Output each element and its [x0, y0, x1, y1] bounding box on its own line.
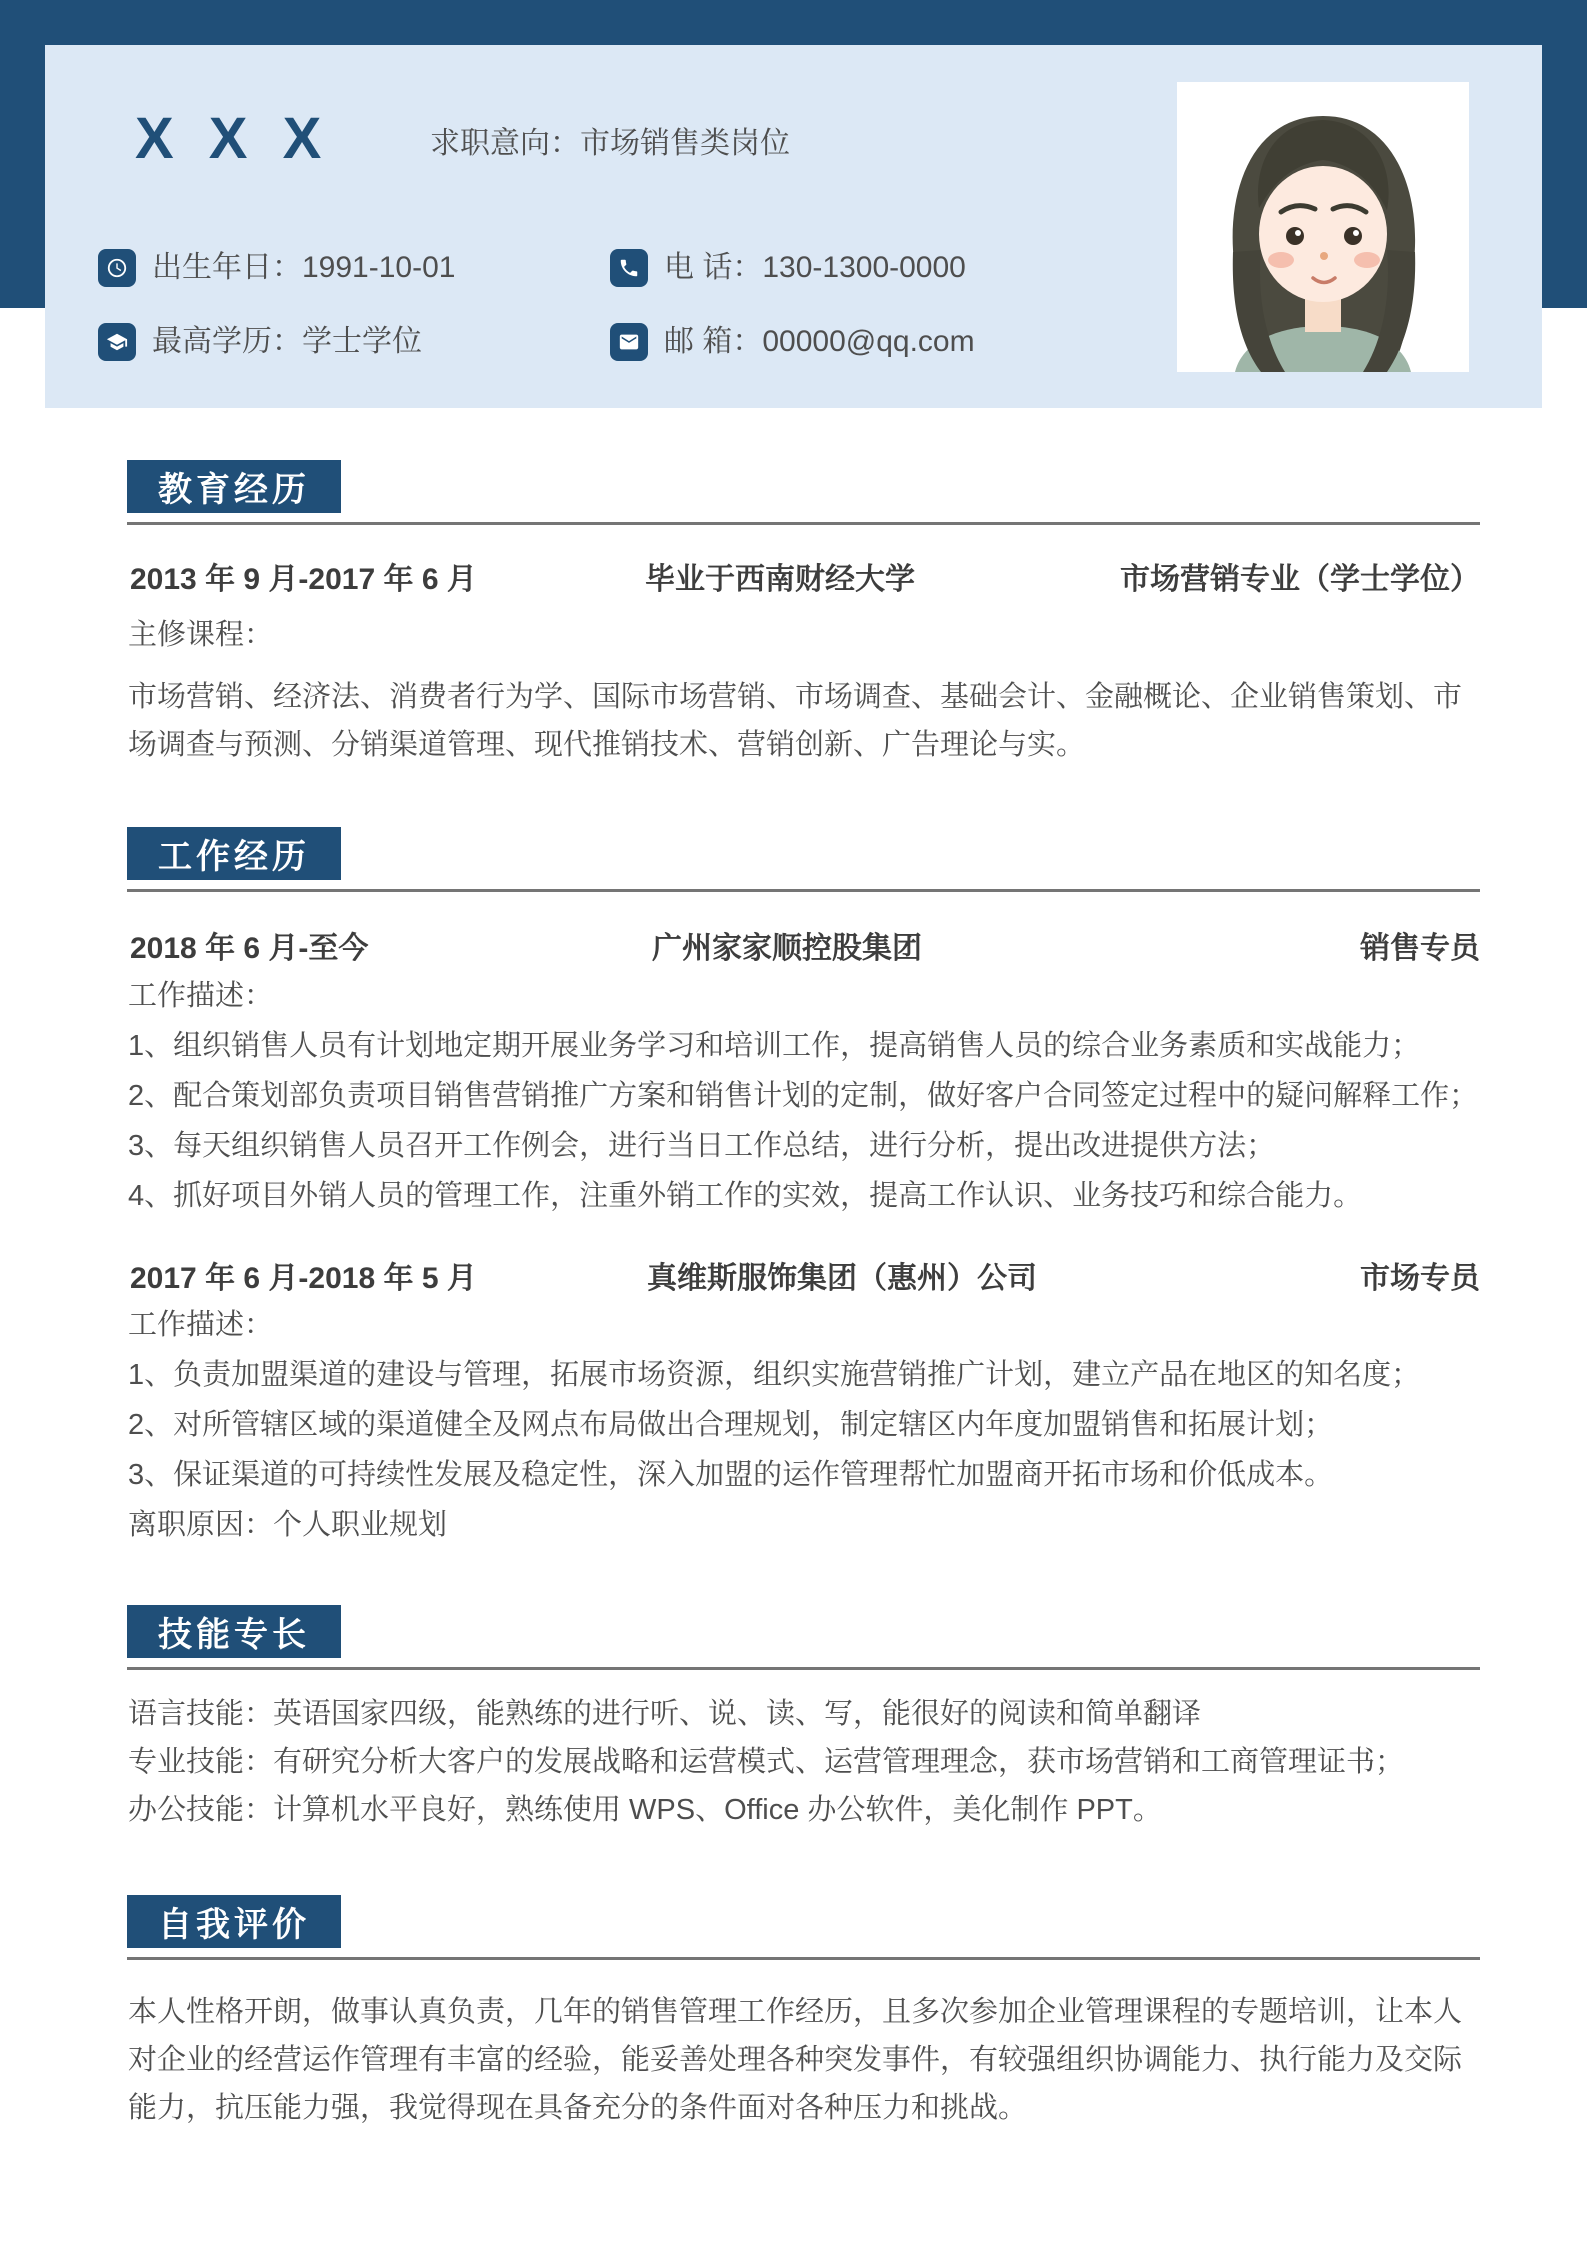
- skill-line: 语言技能：英语国家四级，能熟练的进行听、说、读、写，能很好的阅读和简单翻译: [128, 1690, 1481, 1738]
- email-label: 邮 箱：: [664, 325, 762, 358]
- degree-label: 最高学历：: [152, 325, 302, 358]
- section-title-badge: 技能专长: [127, 1605, 341, 1658]
- self-evaluation-line: 对企业的经营运作管理有丰富的经验，能妥善处理各种突发事件，有较强组织协调能力、执…: [128, 2036, 1481, 2084]
- birth-date-label: 出生年日：: [152, 251, 302, 284]
- job-description-line: 2、配合策划部负责项目销售营销推广方案和销售计划的定制，做好客户合同签定过程中的…: [128, 1071, 1481, 1121]
- job-position: 市场专员: [1360, 1253, 1480, 1297]
- job-description-line: 4、抓好项目外销人员的管理工作，注重外销工作的实效，提高工作认识、业务技巧和综合…: [128, 1171, 1481, 1221]
- birth-date-value: 1991-10-01: [302, 251, 455, 284]
- job-intent-value: 市场销售类岗位: [580, 127, 790, 160]
- left-bar: [0, 0, 45, 308]
- skill-line: 办公技能：计算机水平良好，熟练使用 WPS、Office 办公软件，美化制作 P…: [128, 1786, 1481, 1834]
- header-panel: X X X 求职意向：市场销售类岗位 出生年日：1991-10-01 电 话：1…: [45, 45, 1542, 408]
- courses-paragraph: 市场营销、经济法、消费者行为学、国际市场营销、市场调查、基础会计、金融概论、企业…: [128, 673, 1481, 769]
- section-education: 教育经历 2013 年 9 月-2017 年 6 月 毕业于西南财经大学 市场营…: [127, 460, 1480, 780]
- job-dates: 2018 年 6 月-至今: [130, 923, 368, 967]
- job-entry-row: 2018 年 6 月-至今 广州家家顺控股集团 销售专员: [127, 923, 1480, 961]
- education-entry-row: 2013 年 9 月-2017 年 6 月 毕业于西南财经大学 市场营销专业（学…: [127, 554, 1480, 592]
- job-description-line: 3、保证渠道的可持续性发展及稳定性，深入加盟的运作管理帮忙加盟商开拓市场和价低成…: [128, 1450, 1481, 1500]
- skills-list: 语言技能：英语国家四级，能熟练的进行听、说、读、写，能很好的阅读和简单翻译 专业…: [128, 1690, 1481, 1834]
- section-skills: 技能专长 语言技能：英语国家四级，能熟练的进行听、说、读、写，能很好的阅读和简单…: [127, 1605, 1480, 1855]
- degree-field: 最高学历：学士学位: [152, 323, 422, 361]
- clock-icon: [98, 249, 136, 287]
- self-evaluation-line: 能力，抗压能力强，我觉得现在具备充分的条件面对各种压力和挑战。: [128, 2084, 1481, 2132]
- email-value: 00000@qq.com: [762, 325, 974, 358]
- job-intent-label: 求职意向：: [430, 127, 580, 160]
- job-company: 真维斯服饰集团（惠州）公司: [647, 1253, 1037, 1297]
- candidate-name: X X X: [135, 107, 322, 171]
- job-company: 广州家家顺控股集团: [652, 923, 922, 967]
- job-description-line: 1、组织销售人员有计划地定期开展业务学习和培训工作，提高销售人员的综合业务素质和…: [128, 1021, 1481, 1071]
- section-divider: [127, 1667, 1480, 1670]
- email-field: 邮 箱：00000@qq.com: [664, 323, 975, 361]
- job-description-line: 1、负责加盟渠道的建设与管理，拓展市场资源，组织实施营销推广计划，建立产品在地区…: [128, 1350, 1481, 1400]
- section-title-badge: 工作经历: [127, 827, 341, 880]
- courses-line: 市场营销、经济法、消费者行为学、国际市场营销、市场调查、基础会计、金融概论、企业…: [128, 673, 1481, 721]
- phone-icon: [610, 249, 648, 287]
- top-bar: [0, 0, 1587, 45]
- section-title-badge: 自我评价: [127, 1895, 341, 1948]
- education-major: 市场营销专业（学士学位）: [1120, 554, 1480, 598]
- job-dates: 2017 年 6 月-2018 年 5 月: [130, 1253, 477, 1297]
- phone-value: 130-1300-0000: [762, 251, 966, 284]
- job-description-line: 2、对所管辖区域的渠道健全及网点布局做出合理规划，制定辖区内年度加盟销售和拓展计…: [128, 1400, 1481, 1450]
- job-description: 工作描述： 1、组织销售人员有计划地定期开展业务学习和培训工作，提高销售人员的综…: [128, 971, 1481, 1221]
- resume-page: X X X 求职意向：市场销售类岗位 出生年日：1991-10-01 电 话：1…: [0, 0, 1587, 2245]
- section-self-evaluation: 自我评价 本人性格开朗，做事认真负责，几年的销售管理工作经历，且多次参加企业管理…: [127, 1895, 1480, 2155]
- job-description-line: 工作描述：: [128, 1300, 1481, 1350]
- courses-line: 场调查与预测、分销渠道管理、现代推销技术、营销创新、广告理论与实。: [128, 721, 1481, 769]
- envelope-icon: [610, 323, 648, 361]
- job-description-line: 离职原因：个人职业规划: [128, 1500, 1481, 1550]
- section-title-badge: 教育经历: [127, 460, 341, 513]
- degree-value: 学士学位: [302, 325, 422, 358]
- right-bar: [1542, 0, 1587, 308]
- phone-label: 电 话：: [664, 251, 762, 284]
- courses-subheading: 主修课程：: [128, 612, 273, 653]
- section-divider: [127, 1957, 1480, 1960]
- job-entry-row: 2017 年 6 月-2018 年 5 月 真维斯服饰集团（惠州）公司 市场专员: [127, 1253, 1480, 1291]
- profile-photo: [1177, 82, 1469, 372]
- job-position: 销售专员: [1360, 923, 1480, 967]
- phone-field: 电 话：130-1300-0000: [664, 249, 966, 287]
- job-description: 工作描述： 1、负责加盟渠道的建设与管理，拓展市场资源，组织实施营销推广计划，建…: [128, 1300, 1481, 1550]
- section-divider: [127, 522, 1480, 525]
- skill-line: 专业技能：有研究分析大客户的发展战略和运营模式、运营管理理念，获市场营销和工商管…: [128, 1738, 1481, 1786]
- birth-date-field: 出生年日：1991-10-01: [152, 249, 455, 287]
- education-dates: 2013 年 9 月-2017 年 6 月: [130, 554, 477, 598]
- section-work: 工作经历 2018 年 6 月-至今 广州家家顺控股集团 销售专员 工作描述： …: [127, 827, 1480, 1557]
- self-evaluation-line: 本人性格开朗，做事认真负责，几年的销售管理工作经历，且多次参加企业管理课程的专题…: [128, 1988, 1481, 2036]
- education-school: 毕业于西南财经大学: [645, 554, 915, 598]
- graduation-cap-icon: [98, 323, 136, 361]
- job-description-line: 3、每天组织销售人员召开工作例会，进行当日工作总结，进行分析，提出改进提供方法；: [128, 1121, 1481, 1171]
- self-evaluation-paragraph: 本人性格开朗，做事认真负责，几年的销售管理工作经历，且多次参加企业管理课程的专题…: [128, 1988, 1481, 2132]
- section-divider: [127, 889, 1480, 892]
- job-description-line: 工作描述：: [128, 971, 1481, 1021]
- job-intent: 求职意向：市场销售类岗位: [430, 125, 790, 163]
